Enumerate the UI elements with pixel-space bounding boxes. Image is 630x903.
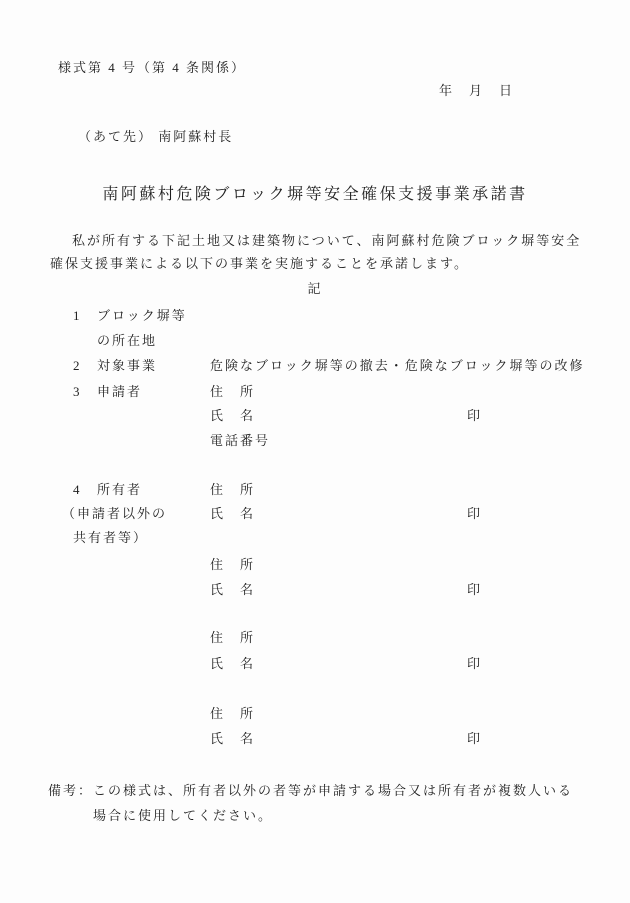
applicant-phone-label: 電話番号: [210, 433, 270, 450]
owner1-address-label: 住 所: [210, 482, 255, 499]
owner4-name-label: 氏 名: [210, 731, 255, 748]
applicant-name-label: 氏 名: [210, 408, 255, 425]
owner3-address-label: 住 所: [210, 630, 255, 647]
item2-value: 危険なブロック塀等の撤去・危険なブロック塀等の改修: [210, 358, 584, 375]
owner1-seal-mark: 印: [467, 506, 482, 523]
document-title: 南阿蘇村危険ブロック塀等安全確保支援事業承諾書: [0, 181, 630, 204]
owner2-address-label: 住 所: [210, 557, 255, 574]
applicant-address-label: 住 所: [210, 384, 255, 401]
note-prefix: 備考：: [48, 783, 93, 800]
item1-label-line2: の所在地: [97, 333, 157, 350]
applicant-seal-mark: 印: [467, 408, 482, 425]
item1-label-line1: ブロック塀等: [97, 308, 187, 325]
owner2-name-label: 氏 名: [210, 582, 255, 599]
note-line-1: この様式は、所有者以外の者等が申請する場合又は所有者が複数人いる: [93, 783, 573, 800]
owner3-seal-mark: 印: [467, 656, 482, 673]
document-page: 様式第 4 号（第 4 条関係） 年 月 日 （あて先） 南阿蘇村長 南阿蘇村危…: [0, 0, 630, 903]
form-number: 様式第 4 号（第 4 条関係）: [58, 60, 246, 77]
item4-sub-line2: 共有者等）: [73, 530, 148, 547]
owner4-seal-mark: 印: [467, 731, 482, 748]
owner4-address-label: 住 所: [210, 706, 255, 723]
record-marker: 記: [0, 281, 630, 298]
owner2-seal-mark: 印: [467, 582, 482, 599]
owner1-name-label: 氏 名: [210, 506, 255, 523]
addressee: （あて先） 南阿蘇村長: [78, 129, 233, 146]
body-line-1: 私が所有する下記土地又は建築物について、南阿蘇村危険ブロック塀等安全: [72, 233, 581, 250]
item2-number: 2: [73, 358, 82, 375]
item1-number: 1: [73, 308, 82, 325]
item4-sub-line1: （申請者以外の: [62, 506, 167, 523]
owner3-name-label: 氏 名: [210, 656, 255, 673]
item3-number: 3: [73, 384, 82, 401]
item2-label: 対象事業: [97, 358, 157, 375]
date-line: 年 月 日: [439, 83, 514, 100]
note-line-2: 場合に使用してください。: [93, 808, 273, 825]
item4-number: 4: [73, 482, 82, 499]
body-line-2: 確保支援事業による以下の事業を実施することを承諾します。: [50, 256, 469, 273]
item4-label: 所有者: [97, 482, 142, 499]
item3-label: 申請者: [97, 384, 142, 401]
